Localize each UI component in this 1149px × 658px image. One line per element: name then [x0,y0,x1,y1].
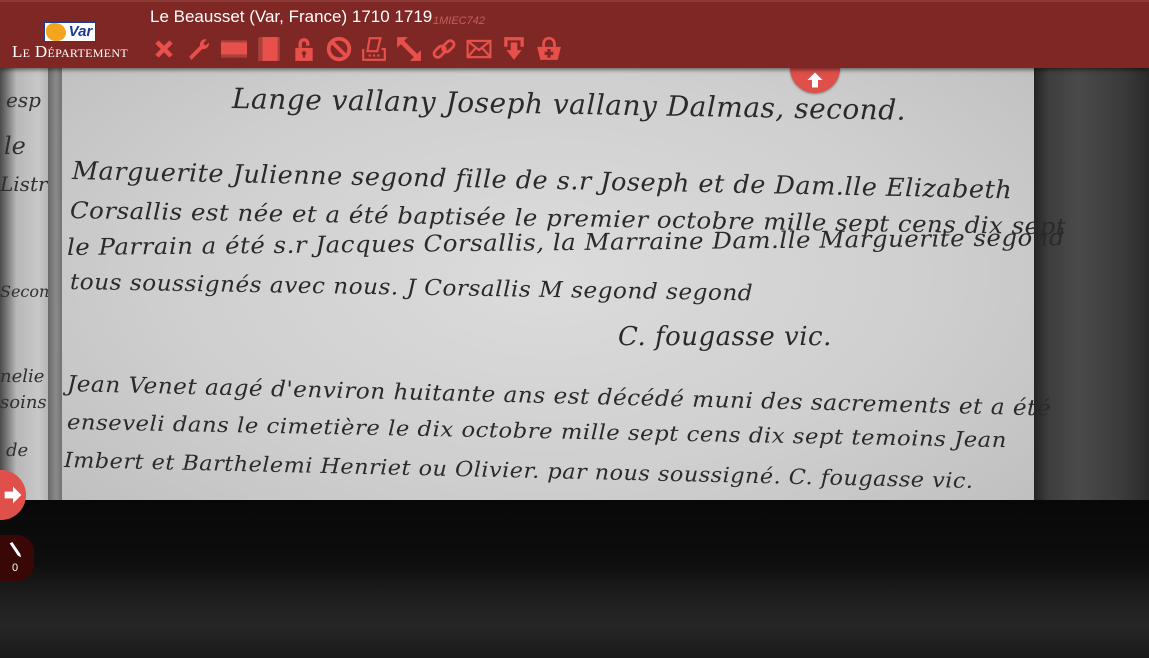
download-icon [501,36,527,62]
forbidden-icon [326,36,352,62]
logo-badge-text: Var [66,23,95,41]
wrench-icon [186,36,212,62]
print-button[interactable] [356,34,391,64]
forbid-button[interactable] [321,34,356,64]
link-button[interactable] [426,34,461,64]
handwriting-line: le Parrain a été s.r Jacques Corsallis, … [67,225,1065,261]
settings-button[interactable] [181,34,216,64]
document-viewer[interactable]: esp le Listri Second nelie soins de Lang… [0,0,1149,658]
document-code: 1MIEC742 [433,15,485,27]
envelope-icon [466,36,492,62]
single-view-button[interactable] [216,34,251,64]
logo-badge: Var [44,22,96,42]
margin-note: esp [6,88,41,112]
margin-note: le [4,132,26,160]
download-button[interactable] [496,34,531,64]
scan-previous-page-edge: esp le Listri Second nelie soins de [0,60,55,520]
scan-table-surface [0,500,1149,658]
arrow-right-icon [3,485,23,505]
fullscreen-button[interactable] [391,34,426,64]
margin-note: de [6,440,28,461]
document-title: Le Beausset (Var, France) 1710 1719 [150,7,432,27]
handwriting-line: Imbert et Barthelemi Henriet ou Olivier.… [64,448,974,493]
email-button[interactable] [461,34,496,64]
viewer-header: Var Le Département Le Beausset (Var, Fra… [0,0,1149,68]
arrow-up-icon [806,71,824,89]
var-map-icon [46,23,66,41]
basket-add-icon [536,36,562,62]
logo-subtitle: Le Département [12,42,132,62]
close-icon [151,36,177,62]
var-department-logo[interactable]: Var Le Département [10,20,130,64]
handwriting-line: tous soussignés avec nous. J Corsallis M… [70,270,754,306]
vertical-layout-icon [256,36,282,62]
scan-binding-edge [1030,60,1149,560]
scan-page: Lange vallany Joseph vallany Dalmas, sec… [62,60,1034,535]
printer-icon [361,36,387,62]
annotations-button[interactable]: 0 [0,535,34,581]
lock-button[interactable] [286,34,321,64]
toolbar [146,34,566,64]
add-to-basket-button[interactable] [531,34,566,64]
padlock-icon [291,36,317,62]
handwriting-signature: C. fougasse vic. [618,322,832,352]
annotation-count: 0 [12,562,18,574]
margin-note: Listri [0,172,54,196]
close-button[interactable] [146,34,181,64]
handwriting-line: Marguerite Julienne segond fille de s.r … [72,156,1013,204]
pencil-icon [7,542,23,558]
margin-note: soins [0,392,47,413]
horizontal-layout-icon [221,36,247,62]
resize-icon [396,36,422,62]
double-view-button[interactable] [251,34,286,64]
link-icon [431,36,457,62]
margin-note: nelie [0,366,44,387]
